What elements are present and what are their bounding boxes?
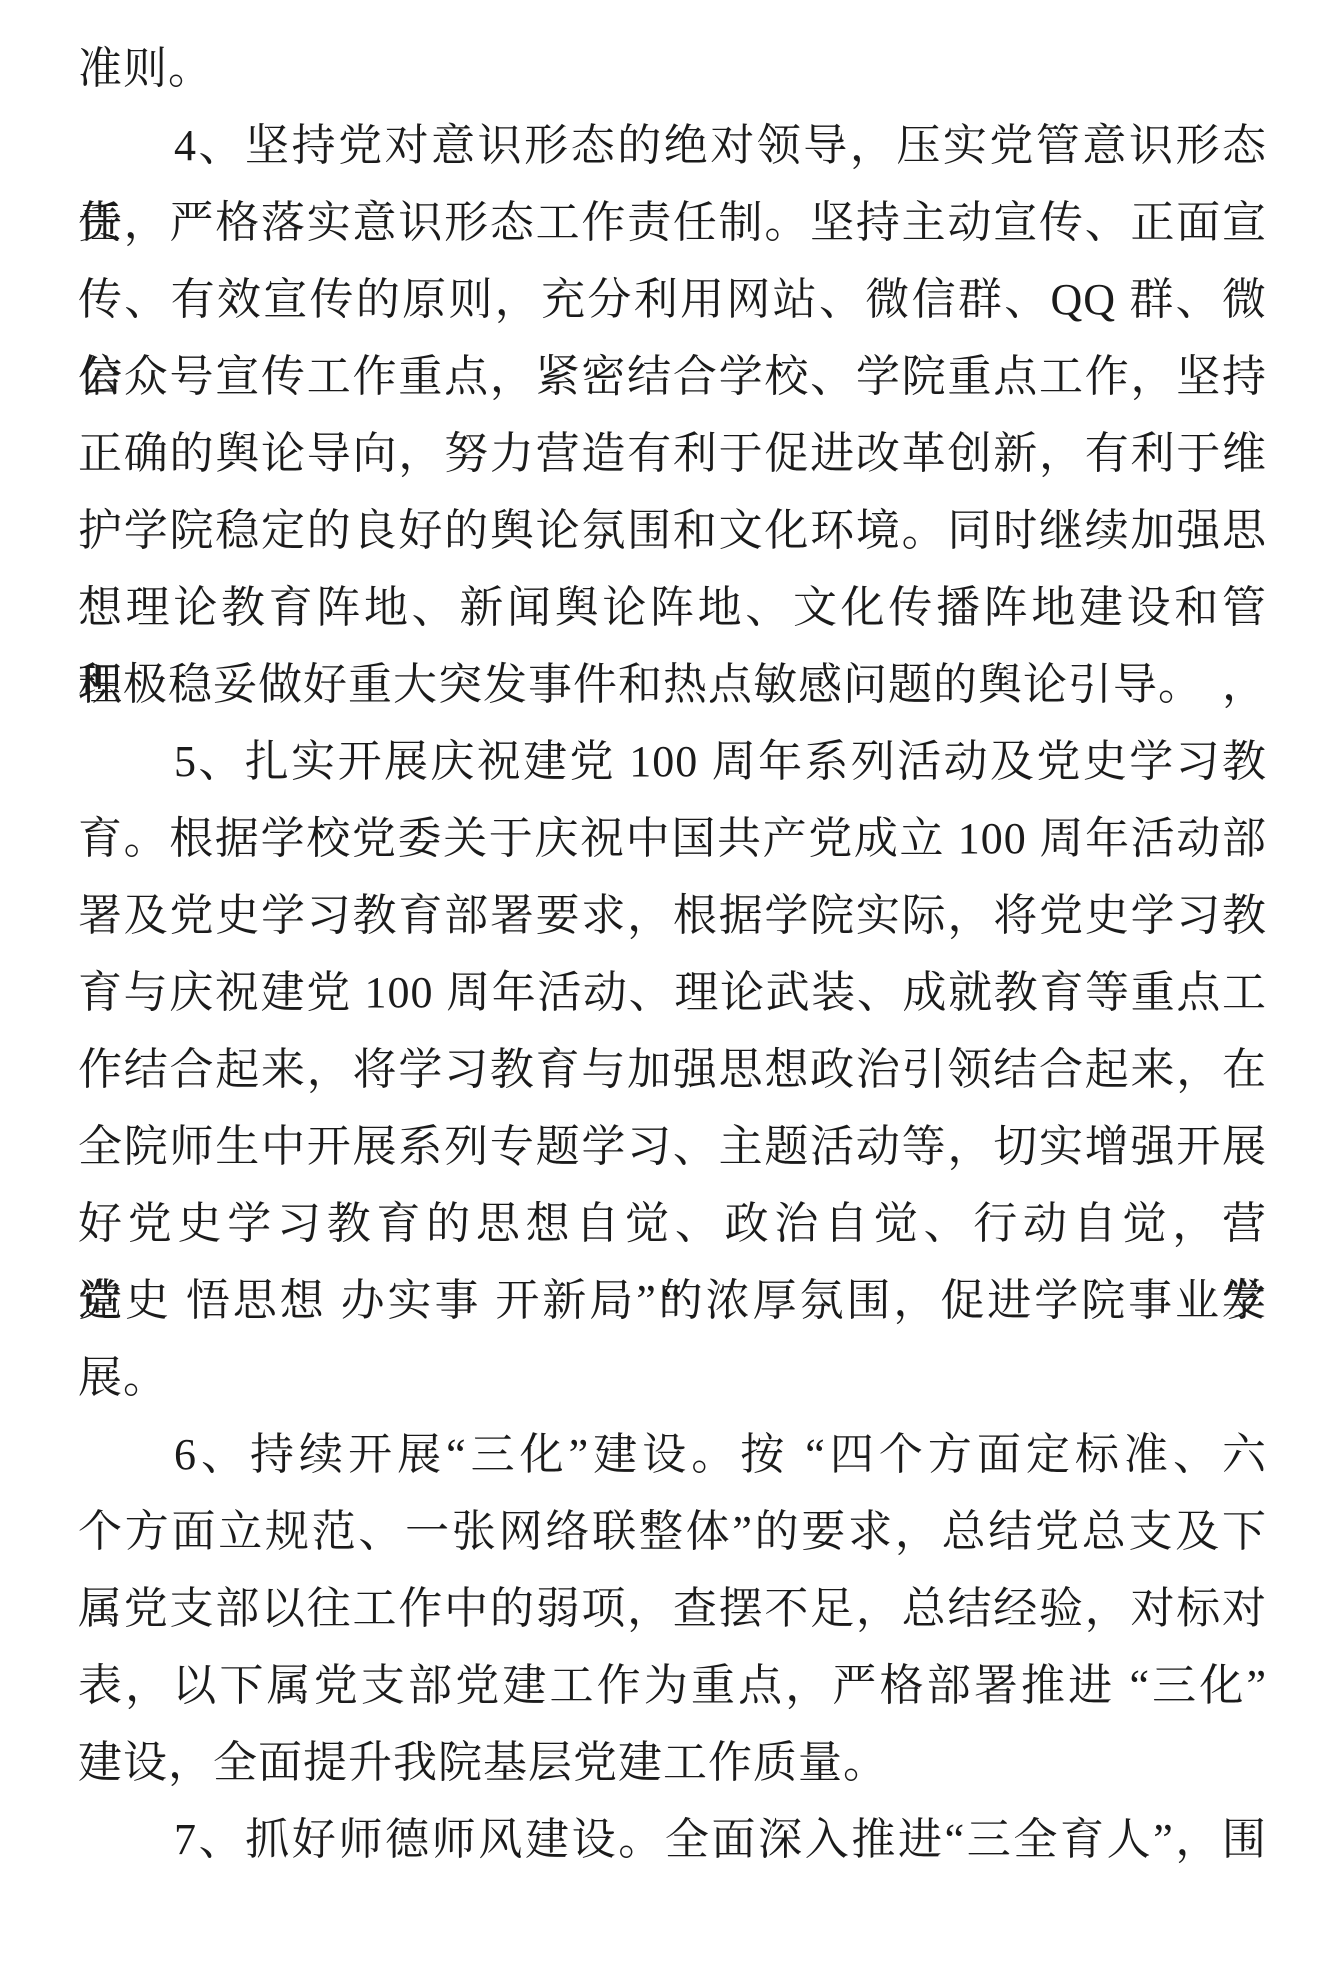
text-line: 想理论教育阵地、新闻舆论阵地、文化传播阵地建设和管理， xyxy=(78,569,1267,646)
document-page: 准则。 4、坚持党对意识形态的绝对领导，压实党管意识形态责 任，严格落实意识形态… xyxy=(0,0,1319,1963)
text-line: 7、抓好师德师风建设。全面深入推进“三全育人”，围 xyxy=(78,1801,1267,1878)
text-line: 个方面立规范、一张网络联整体”的要求，总结党总支及下 xyxy=(78,1493,1267,1570)
text-line: 任，严格落实意识形态工作责任制。坚持主动宣传、正面宣 xyxy=(78,184,1267,261)
text-line: 6、持续开展“三化”建设。按 “四个方面定标准、六 xyxy=(78,1416,1267,1493)
text-line: 育。根据学校党委关于庆祝中国共产党成立 100 周年活动部 xyxy=(78,800,1267,877)
text-line: 正确的舆论导向，努力营造有利于促进改革创新，有利于维 xyxy=(78,415,1267,492)
text-line: 传、有效宣传的原则，充分利用网站、微信群、QQ 群、微信 xyxy=(78,261,1267,338)
text-line: 全院师生中开展系列专题学习、主题活动等，切实增强开展 xyxy=(78,1108,1267,1185)
text-line: 5、扎实开展庆祝建党 100 周年系列活动及党史学习教 xyxy=(78,723,1267,800)
text-line: 育与庆祝建党 100 周年活动、理论武装、成就教育等重点工 xyxy=(78,954,1267,1031)
text-line: 护学院稳定的良好的舆论氛围和文化环境。同时继续加强思 xyxy=(78,492,1267,569)
text-line: 表，以下属党支部党建工作为重点，严格部署推进 “三化” xyxy=(78,1647,1267,1724)
text-line: 公众号宣传工作重点，紧密结合学校、学院重点工作，坚持 xyxy=(78,338,1267,415)
text-line: 准则。 xyxy=(78,30,1267,107)
text-line: 署及党史学习教育部署要求，根据学院实际，将党史学习教 xyxy=(78,877,1267,954)
text-line: 4、坚持党对意识形态的绝对领导，压实党管意识形态责 xyxy=(78,107,1267,184)
text-line: 好党史学习教育的思想自觉、政治自觉、行动自觉，营造“学 xyxy=(78,1185,1267,1262)
text-line: 属党支部以往工作中的弱项，查摆不足，总结经验，对标对 xyxy=(78,1570,1267,1647)
text-line: 作结合起来，将学习教育与加强思想政治引领结合起来，在 xyxy=(78,1031,1267,1108)
text-line: 建设，全面提升我院基层党建工作质量。 xyxy=(78,1724,1267,1801)
text-line: 积极稳妥做好重大突发事件和热点敏感问题的舆论引导。 xyxy=(78,646,1267,723)
text-line: 党史 悟思想 办实事 开新局”的浓厚氛围，促进学院事业发 xyxy=(78,1262,1267,1339)
text-line: 展。 xyxy=(78,1339,1267,1416)
